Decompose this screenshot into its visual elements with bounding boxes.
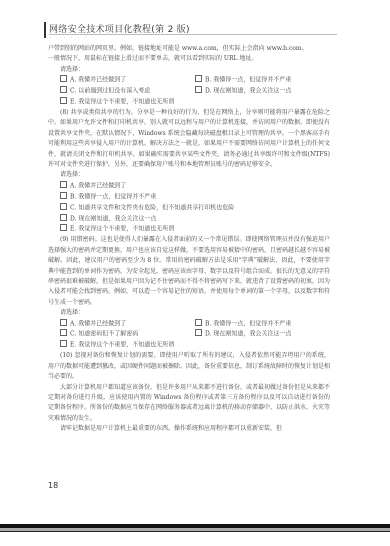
q10-text: (10) 忽视对备份和恢复计划的需要。即使用户听取了所有的建议，入侵者依然可能弄… <box>48 351 330 382</box>
intro-line-1: 户带到别的网站的网页里。例如，链接地址可能是 www.a.com，但实际上会指向… <box>48 44 330 54</box>
q7-option-c[interactable]: C. 以前遇到过但没有深入考虑 <box>60 86 195 97</box>
bottom-border-line <box>0 531 390 532</box>
q7-option-a[interactable]: A. 我懂并已经做到了 <box>60 75 195 86</box>
checkbox-icon[interactable] <box>195 329 202 336</box>
q7-option-d[interactable]: D. 现在刚知道，我会关注这一点 <box>195 86 330 97</box>
q9-option-b[interactable]: B. 我懂得一点，但觉得并不严重 <box>195 319 330 330</box>
q8-option-a[interactable]: A. 我懂并已经做到了 <box>60 181 330 192</box>
q9-text: (9) 用错密码。这也是使得人们暴露在入侵者面前的又一个常见错误。即使网络管理员… <box>48 235 330 308</box>
checkbox-icon[interactable] <box>60 75 67 82</box>
checkbox-icon[interactable] <box>195 319 202 326</box>
q9-options: A. 我懂并已经做到了 B. 我懂得一点，但觉得并不严重 C. 知道密码但不了解… <box>48 319 330 352</box>
q8-option-e[interactable]: E. 我觉得这个不重要，不知道也无所谓 <box>60 224 330 235</box>
header-accent-bar <box>44 22 46 38</box>
backup-paragraph: 大部分计算机用户都知道应该备份，但是许多用户从来都不进行备份，或者最初做过备份但… <box>48 383 330 425</box>
page-body: 户带到别的网站的网页里。例如，链接地址可能是 www.a.com，但实际上会指向… <box>48 44 330 435</box>
q9-option-d[interactable]: D. 现在刚知道，我会关注这一点 <box>195 329 330 340</box>
q8-option-b[interactable]: B. 我懂得一点，但觉得并不严重 <box>60 192 330 203</box>
q9-option-a[interactable]: A. 我懂并已经做到了 <box>60 319 195 330</box>
q8-option-c[interactable]: C. 知道共享文件和文件夹有危险，但不知道共享打印机也危险 <box>60 203 330 214</box>
q9-option-c[interactable]: C. 知道密码但不了解密码 <box>60 329 195 340</box>
last-paragraph: 请牢记数据是用户计算机上最重要的东西。操作系统和应用程序都可以重新安装，但 <box>48 424 330 434</box>
checkbox-icon[interactable] <box>60 214 67 221</box>
checkbox-icon[interactable] <box>60 97 67 104</box>
checkbox-icon[interactable] <box>60 181 67 188</box>
q9-option-e[interactable]: E. 我觉得这个不重要，不知道也无所谓 <box>60 340 330 351</box>
checkbox-icon[interactable] <box>60 340 67 347</box>
checkbox-icon[interactable] <box>60 329 67 336</box>
q8-options: A. 我懂并已经做到了 B. 我懂得一点，但觉得并不严重 C. 知道共享文件和文… <box>48 181 330 236</box>
header-dots: · · · · · · <box>49 35 88 41</box>
checkbox-icon[interactable] <box>60 192 67 199</box>
page-number: 18 <box>48 481 58 490</box>
checkbox-icon[interactable] <box>60 86 67 93</box>
q7-option-e[interactable]: E. 我觉得这个不重要，不知道也无所谓 <box>60 97 330 108</box>
header-rule <box>49 34 337 35</box>
q7-option-b[interactable]: B. 我懂得一点，但觉得并不严重 <box>195 75 330 86</box>
checkbox-icon[interactable] <box>60 203 67 210</box>
q8-text: (8) 共享或类似共享的行为。分享是一种良好的行为，但是在网络上，分享则可能将用… <box>48 108 330 170</box>
checkbox-icon[interactable] <box>60 319 67 326</box>
checkbox-icon[interactable] <box>60 224 67 231</box>
checkbox-icon[interactable] <box>195 86 202 93</box>
checkbox-icon[interactable] <box>195 75 202 82</box>
q8-prompt: 请选择： <box>48 170 330 180</box>
q8-option-d[interactable]: D. 现在刚知道，我会关注这一点 <box>60 214 330 225</box>
q7-prompt: 请选择： <box>48 65 330 75</box>
q9-prompt: 请选择： <box>48 308 330 318</box>
q7-options: A. 我懂并已经做到了 B. 我懂得一点，但觉得并不严重 C. 以前遇到过但没有… <box>48 75 330 108</box>
intro-line-2: 一般情况下，用鼠标在链接上滑过而不要单击，就可以看到实际的 URL 地址。 <box>48 54 330 64</box>
